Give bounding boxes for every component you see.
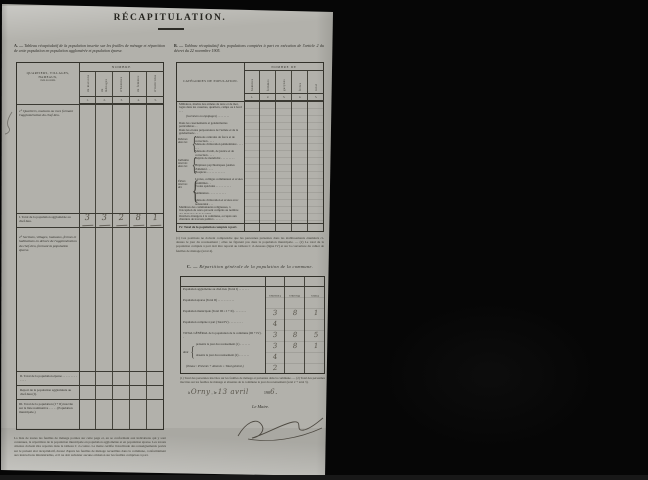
table-a-rule xyxy=(17,371,163,372)
handwritten-digit: 3 xyxy=(99,213,111,227)
table-b-categories: Militaires, marins des armées de terre e… xyxy=(178,102,243,223)
category-row: (Garnison ou équipages) . . . . . . . . xyxy=(178,114,243,121)
page-title: RÉCAPITULATION. xyxy=(60,13,280,23)
table-a-nombre-header: NOMBRE xyxy=(79,63,164,72)
table-a-rule xyxy=(17,385,163,386)
handwritten-digit: 2 xyxy=(116,213,128,227)
table-a-rule xyxy=(17,399,163,400)
table-a-row-header: QUARTIERS, VILLAGES, HAMEAUX, rues ou vo… xyxy=(17,71,79,82)
table-a: NOMBRE de maisons de ménages d'hommes de… xyxy=(16,62,164,430)
row-header-line: rues ou voies. xyxy=(17,79,79,82)
column-number: 4. xyxy=(292,94,308,100)
section-b-heading: B. — Tableau récapitulatif des populatio… xyxy=(174,43,324,53)
category-row: Écoles spéciales . . . . . . . . . . xyxy=(195,184,243,191)
table-a-column: de ménages xyxy=(96,72,113,429)
column-label: de maisons xyxy=(86,72,90,94)
column-label: Dizaines xyxy=(289,277,300,299)
column-number: 3. xyxy=(113,97,130,103)
table-c-row-label: présents le jour du recensement (1) . . … xyxy=(196,341,263,347)
scan-bottom-strip xyxy=(0,475,648,480)
table-b-footnote: (1) Ces positions ne doivent comprendre … xyxy=(176,236,324,253)
category-row: Maisons d'éducation et écoles avec pensi… xyxy=(195,198,243,205)
category-row: Dans les casernements et gendarmeries pa… xyxy=(178,121,243,128)
at-printed: à xyxy=(188,390,190,395)
table-c-row-values: 4 xyxy=(265,319,326,330)
category-row: Hospices . . . . . . . . . . . . xyxy=(195,170,243,177)
table-b-column-numbers: 1. 2. 3. 4. 5. xyxy=(244,93,324,101)
table-a-total3-label: III. Total de la population (I + II) ins… xyxy=(19,402,77,414)
date-line: à Orny , le 13 avril 1906. xyxy=(188,388,278,396)
column-label: hommes xyxy=(250,71,254,93)
column-label: d'hommes xyxy=(119,72,123,94)
category-row: Maisons d'arrêt, de justice et de correc… xyxy=(195,149,243,156)
table-a-column: d'hommes xyxy=(113,72,130,429)
category-row: Maisons centrales de force et de correct… xyxy=(195,135,243,142)
column-label: Unités xyxy=(311,277,319,299)
column-number: 5. xyxy=(308,94,324,100)
group-label: Élèves internes des xyxy=(178,177,191,205)
table-c-footnote: (1) Total des personnes inscrites sur le… xyxy=(180,377,325,385)
category-row: Membres des communautés religieuses, à l… xyxy=(178,205,243,214)
table-c-row-values: 2 xyxy=(265,363,326,374)
mayor-signature xyxy=(232,412,327,444)
table-c-row-label: Population éparse (Total II) . . . . . .… xyxy=(183,297,263,303)
table-c-row-values: 3 8 1 xyxy=(265,341,326,352)
table-a-total1-values: 3 3 2 8 1 xyxy=(79,213,164,226)
section-c-heading: C. — Répartition générale de la populati… xyxy=(176,264,324,269)
le-printed: , le xyxy=(212,390,217,395)
category-row: Militaires, marins des armées de terre e… xyxy=(178,102,243,114)
group-items: Maisons centrales de force et de correct… xyxy=(195,135,243,156)
section-a-heading: A. — Tableau récapitulatif de la populat… xyxy=(14,43,165,53)
place-handwritten: Orny xyxy=(191,388,211,396)
table-b-total-rule xyxy=(177,223,323,224)
brace-glyph: { xyxy=(192,177,194,205)
table-c-row-label: (Totaux : Présents + Absents = Total gén… xyxy=(186,363,264,369)
column-number: 2. xyxy=(96,97,113,103)
table-a-rule xyxy=(17,227,163,228)
category-row: Ouvriers étrangers à la commune, occupés… xyxy=(178,214,243,223)
table-a-row2-label: 2° Sections, villages, hameaux, fermes e… xyxy=(19,235,77,253)
column-number: 2. xyxy=(260,94,276,100)
scan-noise-haze xyxy=(380,300,600,450)
handwritten-digit: 3 xyxy=(82,213,94,227)
table-c-row-label: Population comptée à part (Total IV) . .… xyxy=(183,319,263,325)
brace-glyph: { xyxy=(192,135,194,156)
handwritten-digit xyxy=(305,362,326,374)
table-a-footnote: La liste de toutes les feuilles de ménag… xyxy=(14,436,166,457)
table-c: Centaines Dizaines Unités Population agg… xyxy=(180,276,325,374)
category-row: Dans les écoles préparatoires de l'armée… xyxy=(178,128,243,135)
table-c-row-label: Population agglomérée au chef-lieu (Tota… xyxy=(183,286,263,292)
table-c-row-values: 3 8 1 xyxy=(265,308,326,319)
category-row: Hôpitaux psychiatriques (Asiles d'aliéné… xyxy=(195,163,243,170)
table-c-row-values: 4 xyxy=(265,352,326,363)
table-a-total2-label: II. Total de la population éparse . . . … xyxy=(20,374,77,382)
column-number: 5. xyxy=(147,97,164,103)
column-label: de femmes xyxy=(136,72,140,94)
column-label: total xyxy=(314,71,318,93)
table-c-row-label: absents le jour du recensement (2) . . .… xyxy=(196,352,263,358)
table-a-column-numbers: 1. 2. 3. 4. 5. xyxy=(79,96,164,104)
column-label: garçons xyxy=(282,71,286,93)
brace-glyph: { xyxy=(191,344,195,361)
column-number: 1. xyxy=(244,94,260,100)
column-label: Centaines xyxy=(269,277,281,299)
category-row: Maisons d'éducation pénitentiaire . . . … xyxy=(195,142,243,149)
table-b-total-label: IV. Total de la population comptée à par… xyxy=(179,225,243,229)
table-a-header-rule xyxy=(17,104,163,105)
table-a-column: de maisons xyxy=(80,72,97,429)
table-b-row-hairlines xyxy=(244,108,323,221)
table-c-row-label: Population municipale (Total III = I + I… xyxy=(183,308,263,314)
column-number: 1. xyxy=(79,97,96,103)
group-items: Lycées, collèges communaux et écoles ass… xyxy=(195,177,243,205)
year-handwritten: 6. xyxy=(270,388,278,396)
table-b-row-header: CATÉGORIES DE POPULATION. xyxy=(177,79,244,83)
category-group-eleves: Élèves internes des { Lycées, collèges c… xyxy=(178,177,243,205)
handwritten-digit: 8 xyxy=(133,213,145,227)
table-b: NOMBRE DE hommes femmes garçons filles t… xyxy=(176,62,324,232)
paper-crease-top xyxy=(0,6,336,40)
group-items: Dépôts de mendicité . . . . . . . . . Hô… xyxy=(195,156,243,177)
column-number: 3. xyxy=(276,94,292,100)
table-c-dont-bracket: dont { xyxy=(183,341,197,363)
section-a-heading-text: Tableau récapitulatif de la population i… xyxy=(14,43,165,53)
group-label: Individus internés dans les xyxy=(178,156,191,177)
handwritten-digit: 2 xyxy=(265,362,286,374)
category-row: Séminaires . . . . . . . . . . . xyxy=(195,191,243,198)
dont-label: dont xyxy=(183,350,188,354)
table-a-column: d'individus xyxy=(147,72,163,429)
category-row: Dépôts de mendicité . . . . . . . . . xyxy=(195,156,243,163)
mayor-title: Le Maire. xyxy=(252,404,269,409)
category-row: Lycées, collèges communaux et écoles ass… xyxy=(195,177,243,184)
handwritten-digit: 1 xyxy=(150,213,162,227)
title-underline xyxy=(158,28,184,30)
group-label: Détenus dans les xyxy=(178,135,191,156)
category-group-detenus: Détenus dans les { Maisons centrales de … xyxy=(178,135,243,156)
section-c-letter: C. — xyxy=(187,264,198,269)
table-a-row1-label: 1° Quartiers, maisons ou rues formant l'… xyxy=(19,109,77,118)
table-a-column: de femmes xyxy=(130,72,147,429)
column-label: de ménages xyxy=(100,72,108,94)
table-c-row-label: TOTAL GÉNÉRAL de la population de la com… xyxy=(183,330,263,339)
section-b-heading-text: Tableau récapitulatif des populations co… xyxy=(174,43,324,53)
column-number: 4. xyxy=(130,97,147,103)
table-a-column-grid: de maisons de ménages d'hommes de femmes… xyxy=(80,72,163,429)
handwritten-digit xyxy=(285,362,306,374)
scanned-census-page: RÉCAPITULATION. A. — Tableau récapitulat… xyxy=(0,0,336,480)
column-label: filles xyxy=(298,71,302,93)
table-c-row-values: 3 8 5 xyxy=(265,330,326,341)
table-b-nombre-header: NOMBRE DE xyxy=(244,63,324,71)
table-a-report-label: Report de la population agglomérée au ch… xyxy=(20,388,77,396)
brace-glyph: { xyxy=(192,156,194,177)
pencil-margin-mark xyxy=(2,110,16,136)
category-group-internes: Individus internés dans les { Dépôts de … xyxy=(178,156,243,177)
date-handwritten: 13 avril xyxy=(218,388,249,396)
column-label: femmes xyxy=(266,71,270,93)
column-label: d'individus xyxy=(153,72,157,94)
table-a-total1-label: I. Total de la population agglomérée au … xyxy=(19,215,78,223)
row-header-line: CATÉGORIES DE POPULATION. xyxy=(177,79,244,83)
section-c-heading-text: Répartition générale de la population de… xyxy=(199,264,313,269)
